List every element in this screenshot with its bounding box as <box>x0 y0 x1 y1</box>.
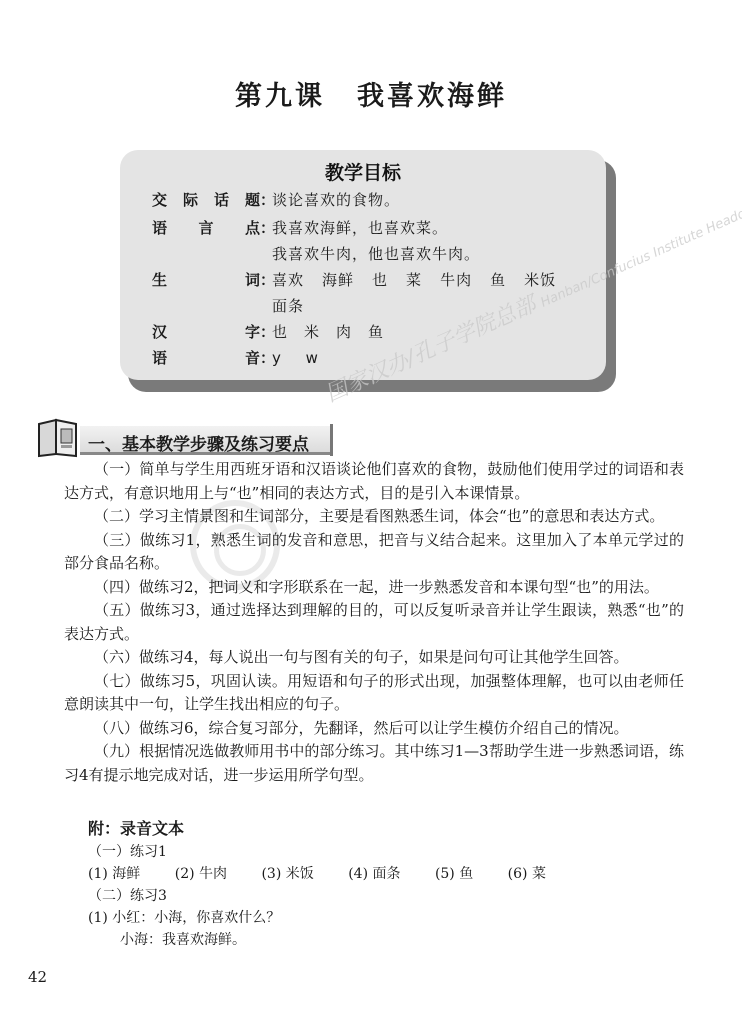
goal-label: 语音 <box>152 348 260 368</box>
exercise3-label: （二）练习3 <box>88 885 576 907</box>
exercise-item: (6) 菜 <box>508 863 546 885</box>
goal-label: 汉字 <box>152 322 260 342</box>
exercise-item: (3) 米饭 <box>261 863 313 885</box>
exercise-item: (4) 面条 <box>348 863 400 885</box>
goal-value: 我喜欢海鲜，也喜欢菜。 <box>272 218 448 238</box>
step-item: （一）简单与学生用西班牙语和汉语谈论他们喜欢的食物，鼓励他们使用学过的词语和表达… <box>64 458 684 505</box>
goal-value: 也 米 肉 鱼 <box>272 322 384 342</box>
exercise1-label: （一）练习1 <box>88 841 576 863</box>
teaching-steps: （一）简单与学生用西班牙语和汉语谈论他们喜欢的食物，鼓励他们使用学过的词语和表达… <box>64 458 684 787</box>
step-item: （六）做练习4，每人说出一句与图有关的句子，如果是问句可让其他学生回答。 <box>64 646 684 670</box>
step-item: （七）做练习5，巩固认读。用短语和句子的形式出现，加强整体理解，也可以由老师任意… <box>64 670 684 717</box>
goal-label: 语言点 <box>152 218 260 238</box>
step-item: （二）学习主情景图和生词部分，主要是看图熟悉生词，体会“也”的意思和表达方式。 <box>64 505 684 529</box>
goal-value: 谈论喜欢的食物。 <box>272 190 400 210</box>
goal-value: y w <box>272 348 328 368</box>
dialog-line: (1) 小红：小海，你喜欢什么？ <box>88 907 576 929</box>
exercise-item: (1) 海鲜 <box>88 863 140 885</box>
step-item: （三）做练习1，熟悉生词的发音和意思，把音与义结合起来。这里加入了本单元学过的部… <box>64 529 684 576</box>
step-item: （五）做练习3，通过选择达到理解的目的，可以反复听录音并让学生跟读，熟悉“也”的… <box>64 599 684 646</box>
goal-value: 我喜欢牛肉，他也喜欢牛肉。 <box>272 244 480 264</box>
exercise-item: (2) 牛肉 <box>175 863 227 885</box>
section-bar-divider <box>330 424 333 456</box>
section-header: 一、基本教学步骤及练习要点 <box>36 418 336 458</box>
appendix-title: 附：录音文本 <box>88 818 576 840</box>
goal-value: 面条 <box>272 296 304 316</box>
goal-label: 交际话题 <box>152 190 260 210</box>
step-item: （四）做练习2，把词义和字形联系在一起，进一步熟悉发音和本课句型“也”的用法。 <box>64 576 684 600</box>
section-title: 一、基本教学步骤及练习要点 <box>88 430 309 455</box>
exercise-item: (5) 鱼 <box>435 863 473 885</box>
step-item: （九）根据情况选做教师用书中的部分练习。其中练习1—3帮助学生进一步熟悉词语，练… <box>64 740 684 787</box>
lesson-name: 我喜欢海鲜 <box>357 81 507 112</box>
step-item: （八）做练习6，综合复习部分，先翻译，然后可以让学生模仿介绍自己的情况。 <box>64 717 684 741</box>
lesson-title: 第九课我喜欢海鲜 <box>0 74 742 113</box>
open-book-icon <box>36 418 80 458</box>
dialog-line: 小海：我喜欢海鲜。 <box>88 929 576 951</box>
page-number: 42 <box>28 968 47 986</box>
teaching-goals-heading: 教学目标 <box>120 158 606 185</box>
appendix-recording-text: 附：录音文本 （一）练习1 (1) 海鲜 (2) 牛肉 (3) 米饭 (4) 面… <box>88 818 576 951</box>
exercise1-items: (1) 海鲜 (2) 牛肉 (3) 米饭 (4) 面条 (5) 鱼 (6) 菜 <box>88 863 576 885</box>
goal-label: 生词 <box>152 270 260 290</box>
lesson-number: 第九课 <box>235 81 325 112</box>
